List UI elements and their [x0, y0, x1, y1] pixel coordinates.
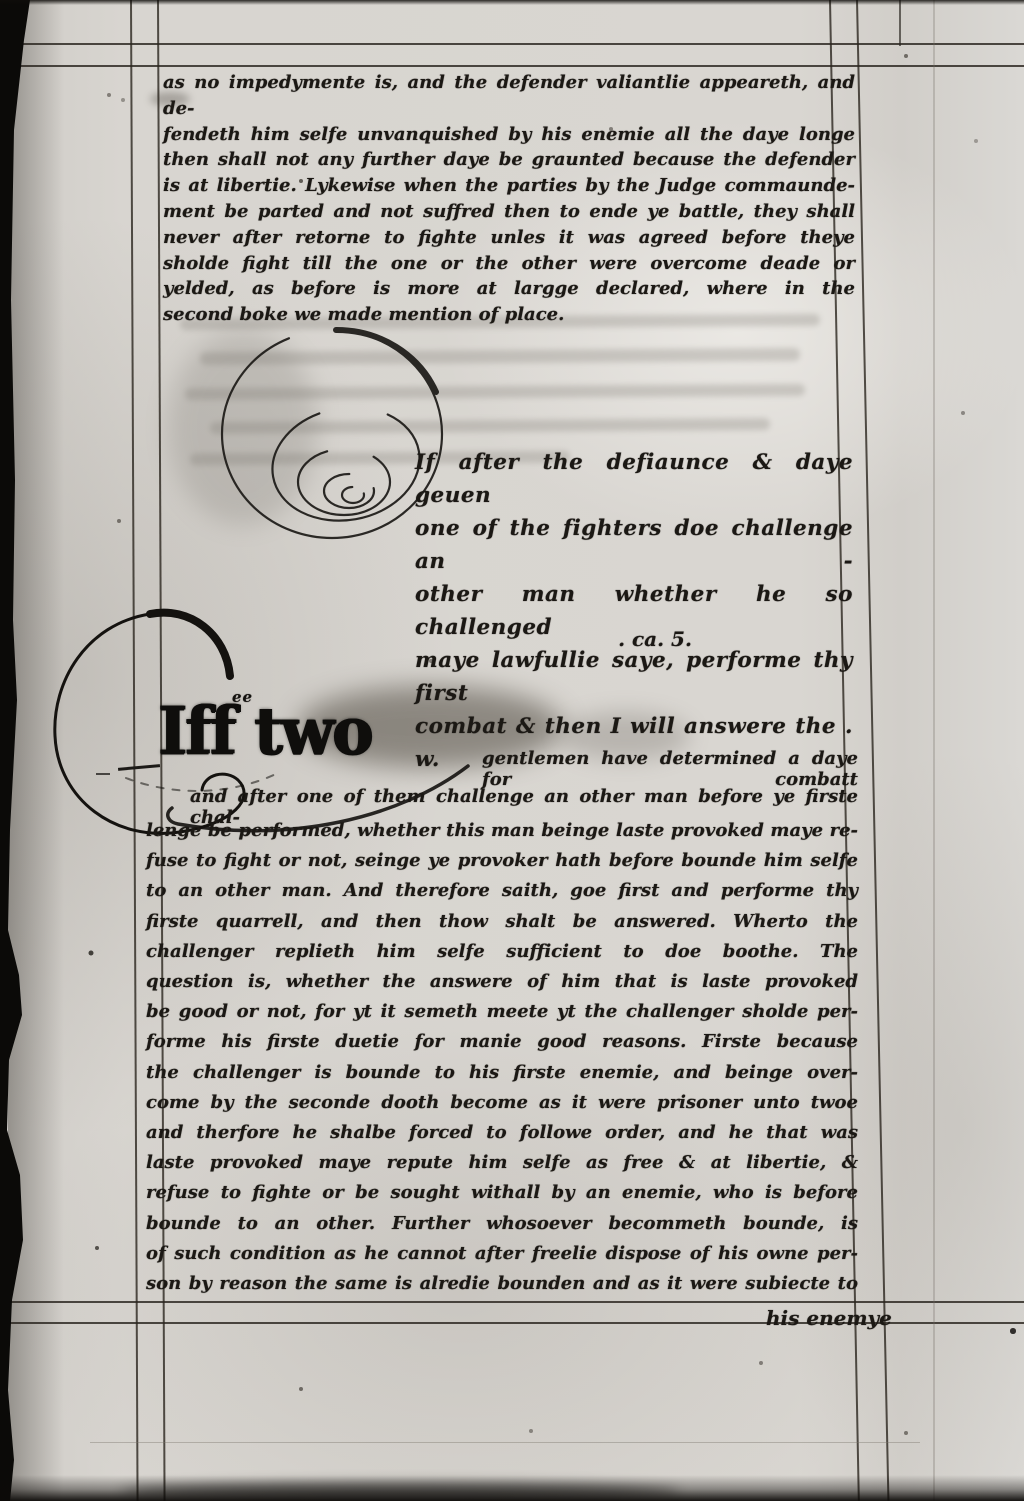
ruled-line-right-short [899, 0, 901, 46]
manuscript-line: sholde fight till the one or the other w… [163, 251, 855, 277]
page-edge-bottom [0, 1475, 1024, 1501]
quote-line: maye lawfullie saye, performe thy first [415, 644, 853, 710]
manuscript-line: son by reason the same is alredie bounde… [146, 1269, 858, 1299]
quotation-block: If after the defiaunce & daye geuen one … [415, 446, 853, 776]
manuscript-line: of such condition as he cannot after fre… [146, 1239, 858, 1269]
quote-line: If after the defiaunce & daye geuen [415, 446, 853, 512]
manuscript-line: be good or not, for yt it semeth meete y… [146, 997, 858, 1027]
manuscript-line: is at libertie. Lykewise when the partie… [163, 173, 855, 199]
paper-crease-vertical [933, 0, 935, 1501]
manuscript-line: lenge be performed, whether this man bei… [146, 816, 858, 846]
catchword: his enemye [766, 1306, 892, 1330]
drop-cap-initial: Iff two [158, 698, 371, 764]
paragraph-main: lenge be performed, whether this man bei… [146, 816, 858, 1299]
ruled-line-top-1 [0, 43, 1024, 45]
manuscript-line: then shall not any further daye be graun… [163, 147, 855, 173]
paragraph-top: as no impedymente is, and the defender v… [163, 70, 855, 328]
ruled-line-top-2 [0, 65, 1024, 67]
quote-line: one of the fighters doe challenge an - [415, 512, 853, 578]
manuscript-line: the challenger is bounde to his firste e… [146, 1058, 858, 1088]
manuscript-line: fendeth him selfe unvanquished by his en… [163, 122, 855, 148]
initial-abbreviation-mark: ee [232, 688, 253, 706]
manuscript-line: refuse to fighte or be sought withall by… [146, 1178, 858, 1208]
manuscript-line: and therfore he shalbe forced to followe… [146, 1118, 858, 1148]
ruled-line-bottom-1 [0, 1301, 1024, 1303]
manuscript-line: never after retorne to fighte unles it w… [163, 225, 855, 251]
margin-dash [96, 773, 110, 775]
chapter-heading: . ca. 5. [570, 627, 740, 651]
manuscript-line: come by the seconde dooth become as it w… [146, 1088, 858, 1118]
manuscript-line: gentlemen have determined a daye for com… [482, 748, 858, 790]
paper-crease-horizontal [90, 1442, 920, 1443]
page-edge-top [0, 0, 1024, 5]
page-edge-shadow-left [8, 0, 78, 1501]
manuscript-line: fuse to fight or not, seinge ye provoker… [146, 846, 858, 876]
manuscript-line: challenger replieth him selfe sufficient… [146, 937, 858, 967]
manuscript-line: laste provoked maye repute him selfe as … [146, 1148, 858, 1178]
manuscript-line: as no impedymente is, and the defender v… [163, 70, 855, 122]
manuscript-line: forme his firste duetie for manie good r… [146, 1027, 858, 1057]
manuscript-line: to an other man. And therefore saith, go… [146, 876, 858, 906]
manuscript-page-scan: { "colors": { "ink": "#1b1814", "paper":… [0, 0, 1024, 1501]
manuscript-line: yelded, as before is more at largge decl… [163, 276, 855, 302]
manuscript-line: firste quarrell, and then thow shalt be … [146, 907, 858, 937]
manuscript-line: question is, whether the answere of him … [146, 967, 858, 997]
manuscript-line: ment be parted and not suffred then to e… [163, 199, 855, 225]
ruled-line-right-2 [856, 0, 889, 1501]
manuscript-line: bounde to an other. Further whosoever be… [146, 1209, 858, 1239]
